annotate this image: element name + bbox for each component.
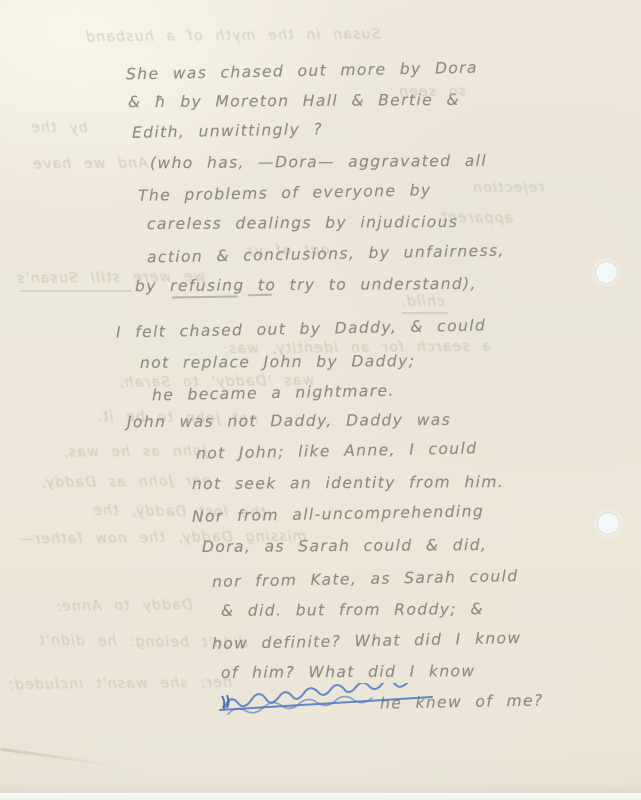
handwritten-line: I felt chased out by Daddy, & could — [116, 316, 486, 341]
handwritten-line: The problems of everyone by — [138, 181, 432, 205]
scanned-manuscript: { "document": { "kind": "handwritten man… — [0, 0, 641, 800]
bleed-through-line: rejection — [472, 180, 544, 197]
blue-ink-strikethrough-scribble — [218, 683, 440, 723]
punch-hole — [596, 262, 617, 283]
bleed-through-line: nor John as Daddy, — [40, 473, 211, 491]
handwritten-line: John was not Daddy, Daddy was — [127, 411, 451, 431]
handwritten-line: he became a nightmare. — [152, 382, 395, 405]
handwritten-line: by refusing to try to understand), — [135, 275, 477, 295]
handwritten-line: not replace John by Daddy; — [140, 352, 415, 372]
underline-stroke — [172, 295, 238, 298]
punch-hole — [598, 513, 619, 534]
bleed-through-line: Susan in the myth of a husband — [85, 26, 381, 45]
underline-stroke — [248, 294, 272, 296]
handwritten-line: She was chased out more by Dora — [126, 59, 478, 84]
handwritten-line: (who has, —Dora— aggravated all — [150, 152, 487, 172]
bleed-through-line: And we have — [32, 155, 148, 172]
handwritten-line: not seek an identity from him. — [192, 473, 504, 493]
handwritten-line: how definite? What did I know — [212, 629, 522, 653]
bleed-through-line: child. — [400, 294, 445, 311]
handwritten-line: Dora, as Sarah could & did, — [202, 536, 487, 556]
bleed-through-line: Daddy to Anne; — [55, 597, 193, 614]
handwritten-line: not John; like Anne, I could — [196, 439, 478, 462]
handwritten-line: & ħ by Moreton Hall & Bertie & — [128, 91, 460, 111]
paper-page: Susan in the myth of a husbandso seenby … — [0, 0, 641, 793]
handwritten-line: of him? What did I know — [221, 662, 476, 682]
bleed-through-line: by the — [30, 120, 88, 137]
scan-background-strip — [0, 793, 641, 800]
paper-crease — [0, 748, 119, 768]
handwritten-line: & did. but from Roddy; & — [221, 600, 484, 620]
underline-stroke — [20, 290, 132, 292]
bleed-through-line: John as he was, — [62, 443, 207, 461]
handwritten-line: nor from Kate, as Sarah could — [212, 567, 519, 591]
bleed-through-line: her; she wasn't included; — [8, 675, 232, 693]
underline-stroke — [402, 312, 448, 314]
handwritten-line: action & conclusions, by unfairness, — [147, 242, 505, 267]
handwritten-line: careless dealings by injudicious — [147, 213, 458, 233]
handwritten-line: Edith, unwittingly ? — [132, 120, 323, 142]
